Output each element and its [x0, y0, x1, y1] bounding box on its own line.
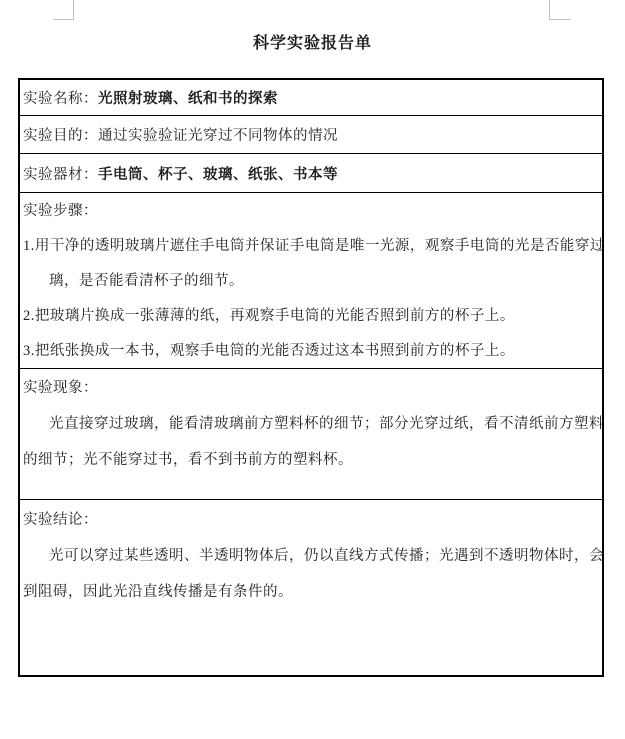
experiment-report-table: 实验名称：光照射玻璃、纸和书的探索 实验目的：通过实验验证光穿过不同物体的情况 … [18, 78, 604, 677]
row-label-experiment-conclusion: 实验结论： [23, 502, 599, 538]
row-label-experiment-phenomenon: 实验现象： [23, 370, 599, 406]
row-label-experiment-name: 实验名称： [23, 87, 98, 108]
margin-cropmark-left-vertical [73, 0, 74, 19]
table-row-experiment-steps: 实验步骤： 1.用干净的透明玻璃片遮住手电筒并保证手电筒是唯一光源，观察手电筒的… [20, 192, 602, 368]
margin-cropmark-right-vertical [549, 0, 550, 19]
row-label-experiment-steps: 实验步骤： [23, 194, 599, 229]
table-row-experiment-materials: 实验器材：手电筒、杯子、玻璃、纸张、书本等 [20, 153, 602, 192]
row-value-experiment-name: 光照射玻璃、纸和书的探索 [98, 87, 278, 108]
table-row-experiment-name: 实验名称：光照射玻璃、纸和书的探索 [20, 80, 602, 115]
step-2: 2.把玻璃片换成一张薄薄的纸，再观察手电筒的光能否照到前方的杯子上。 [23, 299, 599, 334]
phenomenon-line-1: 光直接穿过玻璃，能看清玻璃前方塑料杯的细节；部分光穿过纸，看不清纸前方塑料杯 [23, 406, 599, 442]
margin-cropmark-right-horizontal [549, 19, 571, 20]
step-1-line-1: 1.用干净的透明玻璃片遮住手电筒并保证手电筒是唯一光源，观察手电筒的光是否能穿过… [23, 229, 599, 264]
table-row-experiment-purpose: 实验目的：通过实验验证光穿过不同物体的情况 [20, 115, 602, 153]
page-title: 科学实验报告单 [0, 30, 625, 53]
margin-cropmark-left-horizontal [53, 19, 74, 20]
row-value-experiment-materials: 手电筒、杯子、玻璃、纸张、书本等 [98, 163, 338, 184]
conclusion-line-1: 光可以穿过某些透明、半透明物体后，仍以直线方式传播；光遇到不透明物体时，会受 [23, 538, 599, 574]
table-row-experiment-conclusion: 实验结论： 光可以穿过某些透明、半透明物体后，仍以直线方式传播；光遇到不透明物体… [20, 499, 602, 675]
table-row-experiment-phenomenon: 实验现象： 光直接穿过玻璃，能看清玻璃前方塑料杯的细节；部分光穿过纸，看不清纸前… [20, 368, 602, 499]
row-value-experiment-purpose: 通过实验验证光穿过不同物体的情况 [98, 124, 338, 145]
conclusion-line-2: 到阻碍，因此光沿直线传播是有条件的。 [23, 574, 599, 610]
step-3: 3.把纸张换成一本书，观察手电筒的光能否透过这本书照到前方的杯子上。 [23, 334, 599, 368]
step-1-line-2: 璃，是否能看清杯子的细节。 [23, 264, 599, 299]
row-label-experiment-purpose: 实验目的： [23, 124, 98, 145]
phenomenon-line-2: 的细节；光不能穿过书，看不到书前方的塑料杯。 [23, 442, 599, 478]
row-label-experiment-materials: 实验器材： [23, 163, 98, 184]
